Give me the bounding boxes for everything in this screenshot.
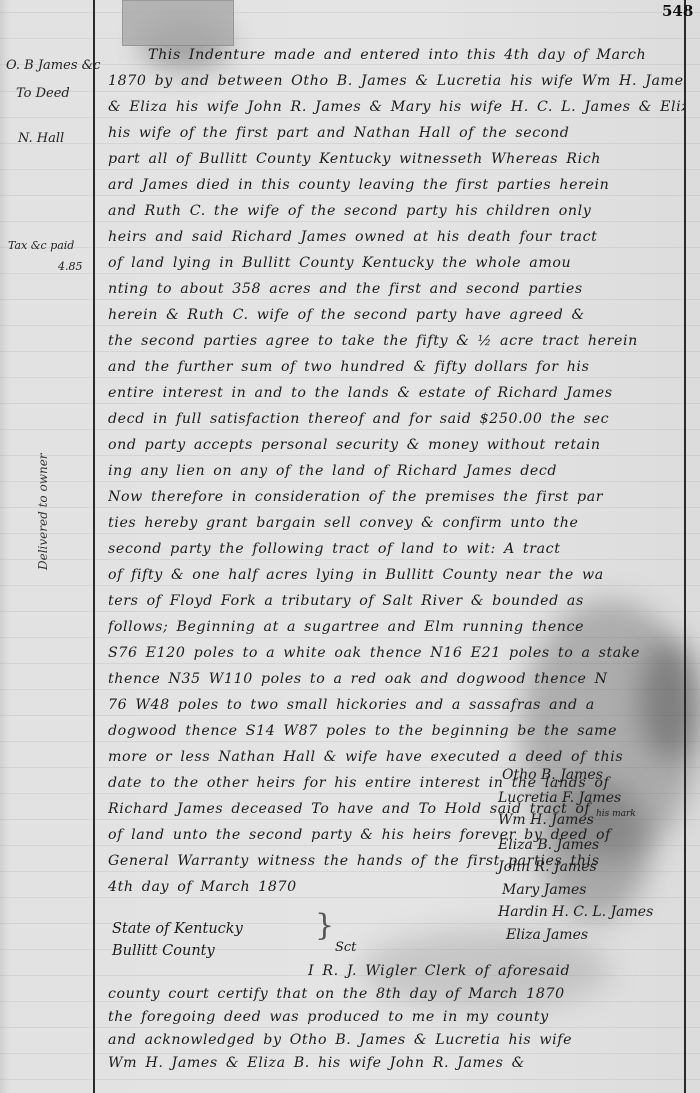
body-line: nting to about 358 acres and the first a… <box>108 276 684 302</box>
venue-state: State of Kentucky <box>112 918 243 940</box>
body-line: second party the following tract of land… <box>108 536 684 562</box>
certificate-line: the foregoing deed was produced to me in… <box>108 1006 684 1029</box>
paper-patch <box>122 0 234 46</box>
body-line: thence N35 W110 poles to a red oak and d… <box>108 666 684 692</box>
body-line: dogwood thence S14 W87 poles to the begi… <box>108 718 684 744</box>
body-line: Now therefore in consideration of the pr… <box>108 484 684 510</box>
body-line: follows; Beginning at a sugartree and El… <box>108 614 684 640</box>
margin-note-fee: 4.85 <box>58 260 83 273</box>
venue-block: State of Kentucky Bullitt County <box>112 918 243 962</box>
body-line: the second parties agree to take the fif… <box>108 328 684 354</box>
signature-name: Wm H. James <box>498 812 594 828</box>
body-line: of fifty & one half acres lying in Bulli… <box>108 562 684 588</box>
body-line: ard James died in this county leaving th… <box>108 172 684 198</box>
venue-county: Bullitt County <box>112 940 243 962</box>
signature: Eliza B. James <box>498 834 653 857</box>
body-line: 1870 by and between Otho B. James & Lucr… <box>108 68 684 94</box>
margin-note-delivered: Delivered to owner <box>36 453 50 570</box>
signature: Otho B. James <box>498 764 653 787</box>
right-margin-rule <box>684 0 686 1093</box>
margin-note-grantor: O. B James &c <box>6 58 101 73</box>
page-number: 548 <box>662 2 693 20</box>
signature: Wm H. Jameshis mark <box>498 809 653 834</box>
body-line: of land lying in Bullitt County Kentucky… <box>108 250 684 276</box>
body-line: ters of Floyd Fork a tributary of Salt R… <box>108 588 684 614</box>
signature: Lucretia F. James <box>498 787 653 810</box>
left-margin-rule <box>93 0 95 1093</box>
clerk-certificate: I R. J. Wigler Clerk of aforesaid county… <box>108 960 684 1075</box>
signature: Eliza James <box>498 924 653 947</box>
signature: Hardin H. C. L. James <box>498 901 653 924</box>
body-line: ing any lien on any of the land of Richa… <box>108 458 684 484</box>
mark-annotation: his mark <box>596 809 636 819</box>
venue-sct: Sct <box>335 940 356 955</box>
body-line: & Eliza his wife John R. James & Mary hi… <box>108 94 684 120</box>
body-line: entire interest in and to the lands & es… <box>108 380 684 406</box>
body-line: part all of Bullitt County Kentucky witn… <box>108 146 684 172</box>
body-line: ond party accepts personal security & mo… <box>108 432 684 458</box>
margin-note-instrument: To Deed <box>16 86 70 101</box>
signature: John R. James <box>498 856 653 879</box>
body-line: herein & Ruth C. wife of the second part… <box>108 302 684 328</box>
body-line: and Ruth C. the wife of the second party… <box>108 198 684 224</box>
signature: Mary James <box>498 879 653 902</box>
margin-note-grantee: N. Hall <box>18 131 64 146</box>
body-line: decd in full satisfaction thereof and fo… <box>108 406 684 432</box>
body-line: This Indenture made and entered into thi… <box>108 42 684 68</box>
body-line: S76 E120 poles to a white oak thence N16… <box>108 640 684 666</box>
certificate-line: and acknowledged by Otho B. James & Lucr… <box>108 1029 684 1052</box>
body-line: 76 W48 poles to two small hickories and … <box>108 692 684 718</box>
body-line: ties hereby grant bargain sell convey & … <box>108 510 684 536</box>
body-line: heirs and said Richard James owned at hi… <box>108 224 684 250</box>
certificate-line: Wm H. James & Eliza B. his wife John R. … <box>108 1052 684 1075</box>
margin-note-tax: Tax &c paid <box>8 239 74 252</box>
brace-icon: } <box>315 908 334 943</box>
body-line: and the further sum of two hundred & fif… <box>108 354 684 380</box>
document-page: 548 O. B James &c To Deed N. Hall Tax &c… <box>0 0 700 1093</box>
certificate-line: I R. J. Wigler Clerk of aforesaid <box>108 960 684 983</box>
certificate-line: county court certify that on the 8th day… <box>108 983 684 1006</box>
signature-block: Otho B. James Lucretia F. James Wm H. Ja… <box>498 764 653 946</box>
body-line: his wife of the first part and Nathan Ha… <box>108 120 684 146</box>
